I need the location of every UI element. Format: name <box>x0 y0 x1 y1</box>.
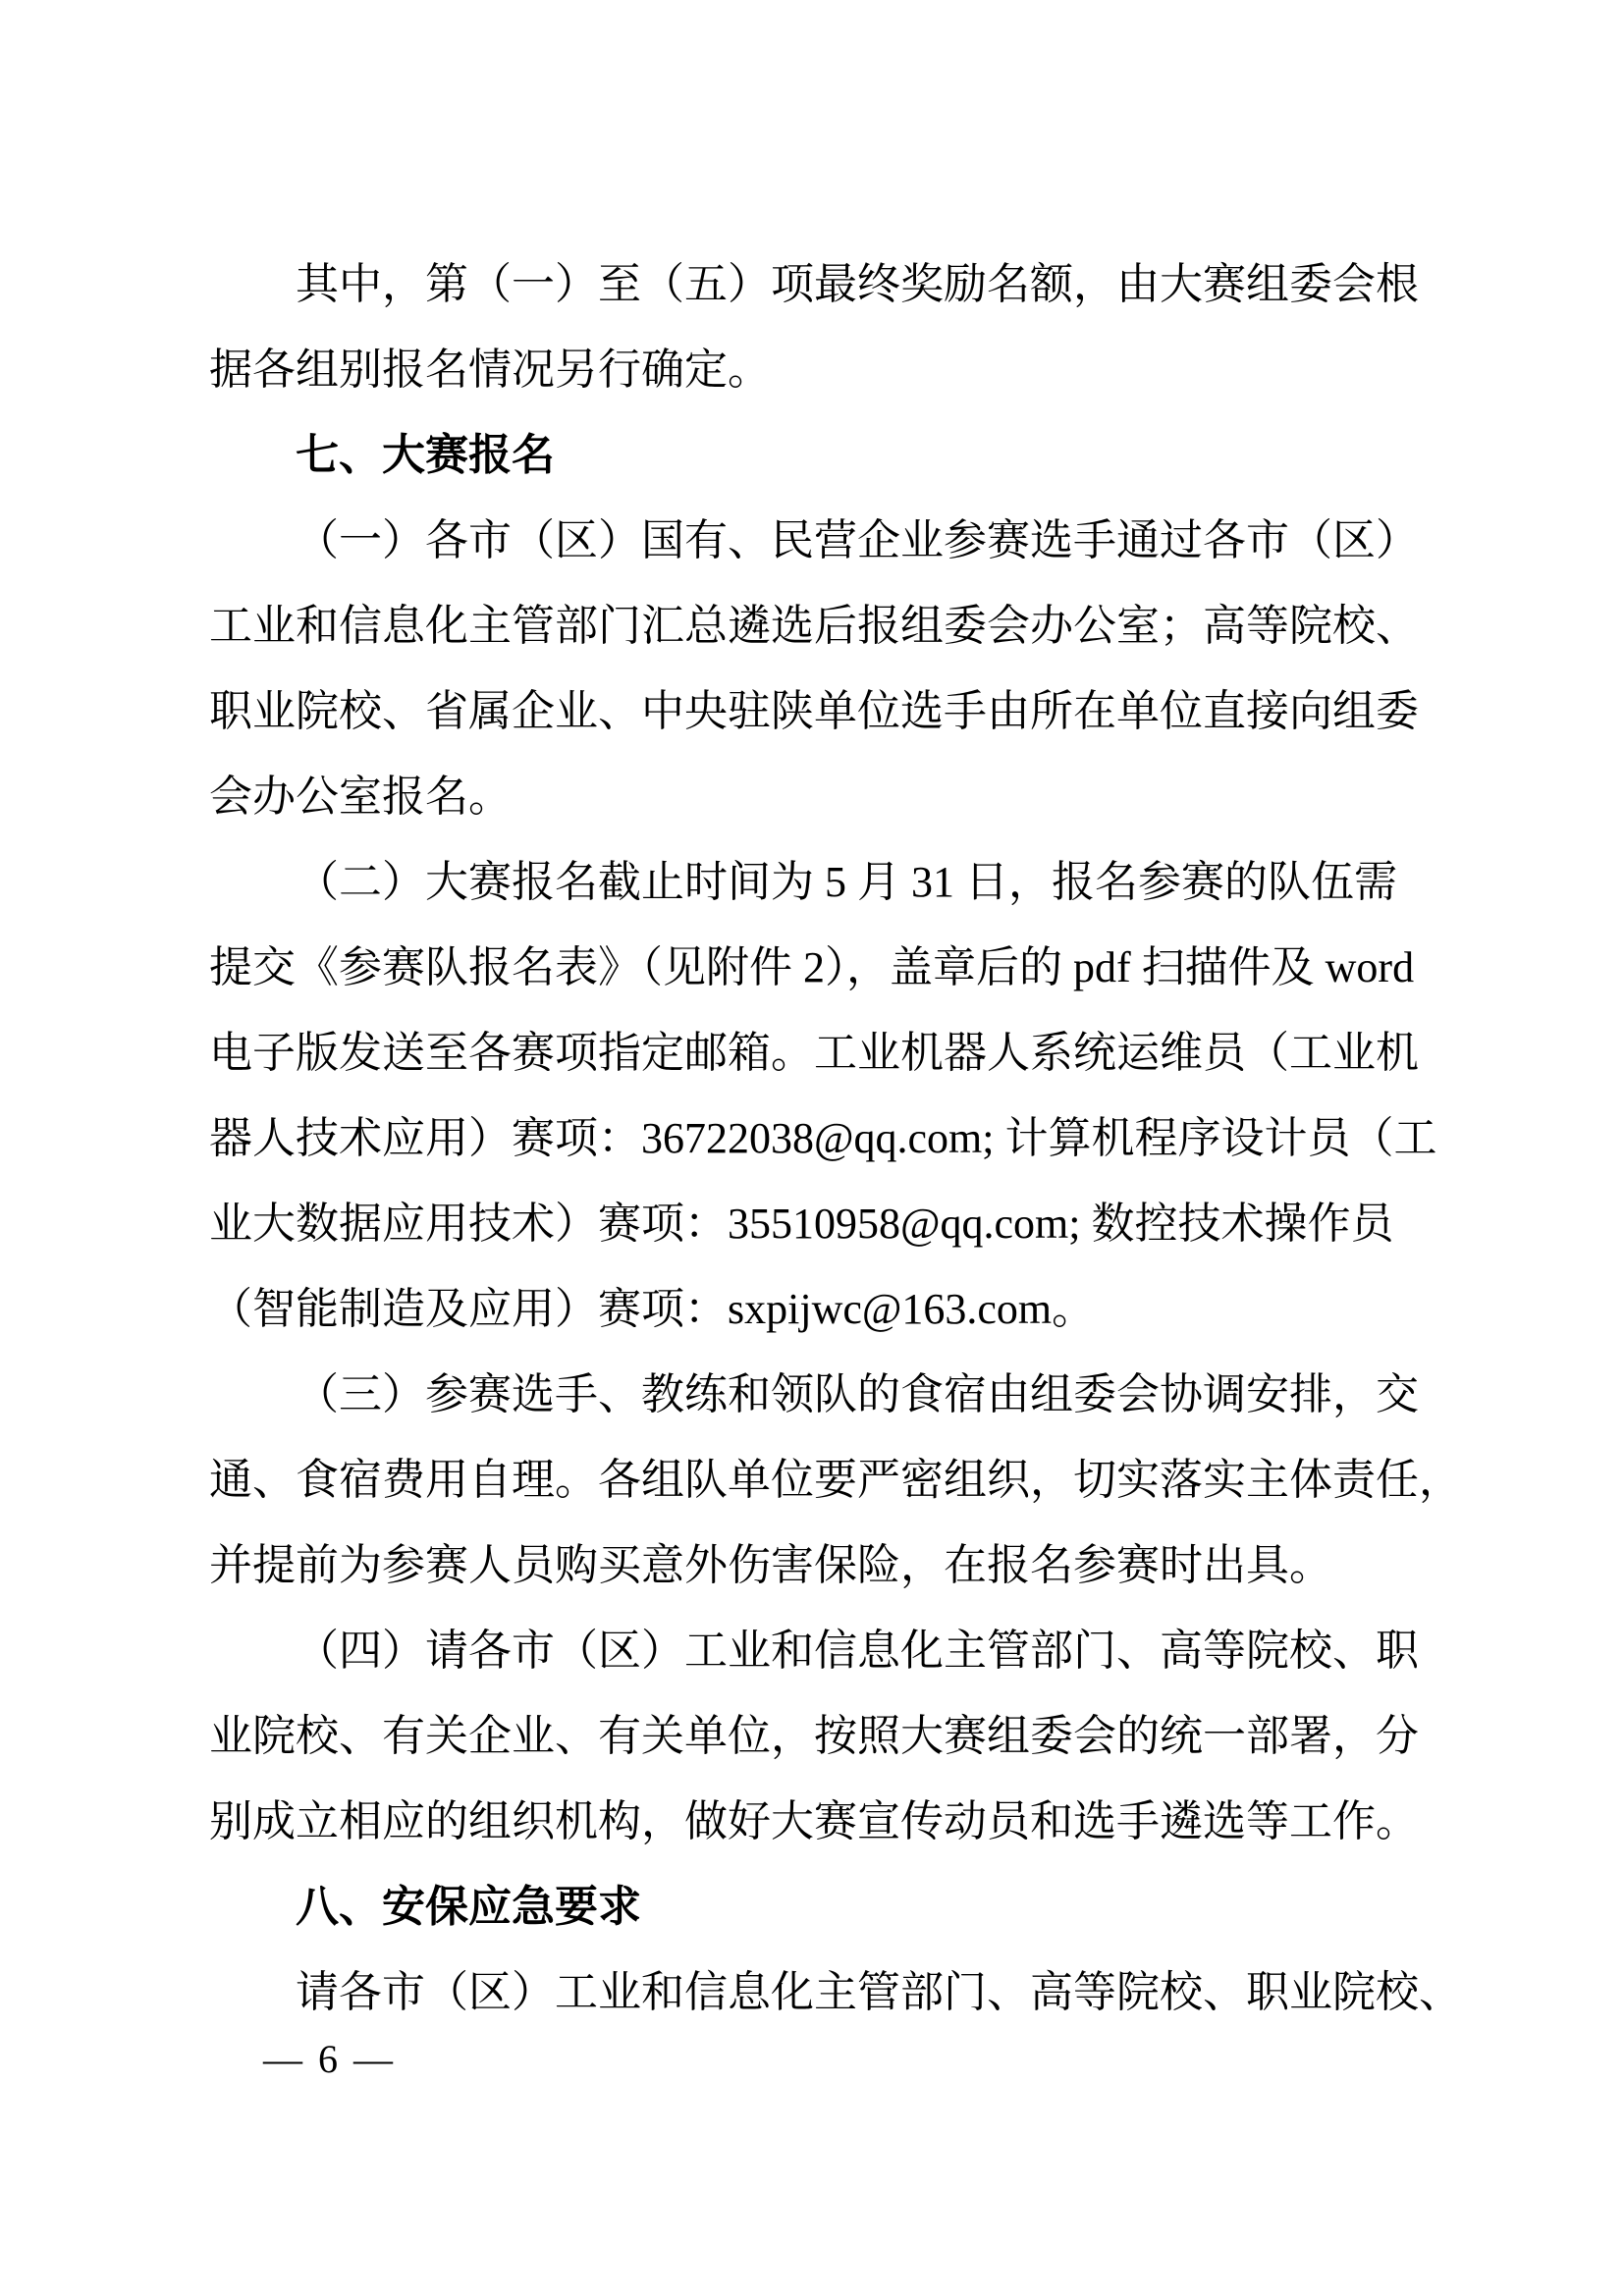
text-line: 会办公室报名。 <box>209 754 1427 839</box>
text-line: 并提前为参赛人员购买意外伤害保险，在报名参赛时出具。 <box>209 1522 1427 1608</box>
text-line: 据各组别报名情况另行确定。 <box>209 327 1427 412</box>
text-line: 通、食宿费用自理。各组队单位要严密组织，切实落实主体责任， <box>209 1437 1427 1522</box>
text-line: 提交《参赛队报名表》（见附件 2），盖章后的 pdf 扫描件及 word <box>209 925 1427 1010</box>
document-page: 其中，第（一）至（五）项最终奖励名额，由大赛组委会根 据各组别报名情况另行确定。… <box>0 0 1624 2296</box>
page-number-footer: — 6 — <box>263 2030 396 2089</box>
text-line: 工业和信息化主管部门汇总遴选后报组委会办公室；高等院校、 <box>209 583 1427 668</box>
text-line: 其中，第（一）至（五）项最终奖励名额，由大赛组委会根 <box>209 241 1427 327</box>
text-line: 别成立相应的组织机构，做好大赛宣传动员和选手遴选等工作。 <box>209 1779 1427 1864</box>
text-line: （二）大赛报名截止时间为 5 月 31 日，报名参赛的队伍需 <box>209 839 1427 925</box>
section-heading-7: 七、大赛报名 <box>209 412 1427 498</box>
text-line: 业大数据应用技术）赛项：35510958@qq.com; 数控技术操作员 <box>209 1181 1427 1266</box>
text-line: 请各市（区）工业和信息化主管部门、高等院校、职业院校、 <box>209 1949 1427 2035</box>
text-line: 电子版发送至各赛项指定邮箱。工业机器人系统运维员（工业机 <box>209 1010 1427 1095</box>
text-line: （智能制造及应用）赛项：sxpijwc@163.com。 <box>209 1266 1427 1352</box>
text-line: （一）各市（区）国有、民营企业参赛选手通过各市（区） <box>209 498 1427 583</box>
text-line: （四）请各市（区）工业和信息化主管部门、高等院校、职 <box>209 1608 1427 1693</box>
text-line: 器人技术应用）赛项：36722038@qq.com; 计算机程序设计员（工 <box>209 1095 1427 1181</box>
section-heading-8: 八、安保应急要求 <box>209 1864 1427 1949</box>
text-line: 职业院校、省属企业、中央驻陕单位选手由所在单位直接向组委 <box>209 668 1427 754</box>
document-body: 其中，第（一）至（五）项最终奖励名额，由大赛组委会根 据各组别报名情况另行确定。… <box>209 241 1427 2035</box>
text-line: 业院校、有关企业、有关单位，按照大赛组委会的统一部署，分 <box>209 1693 1427 1779</box>
text-line: （三）参赛选手、教练和领队的食宿由组委会协调安排，交 <box>209 1352 1427 1437</box>
